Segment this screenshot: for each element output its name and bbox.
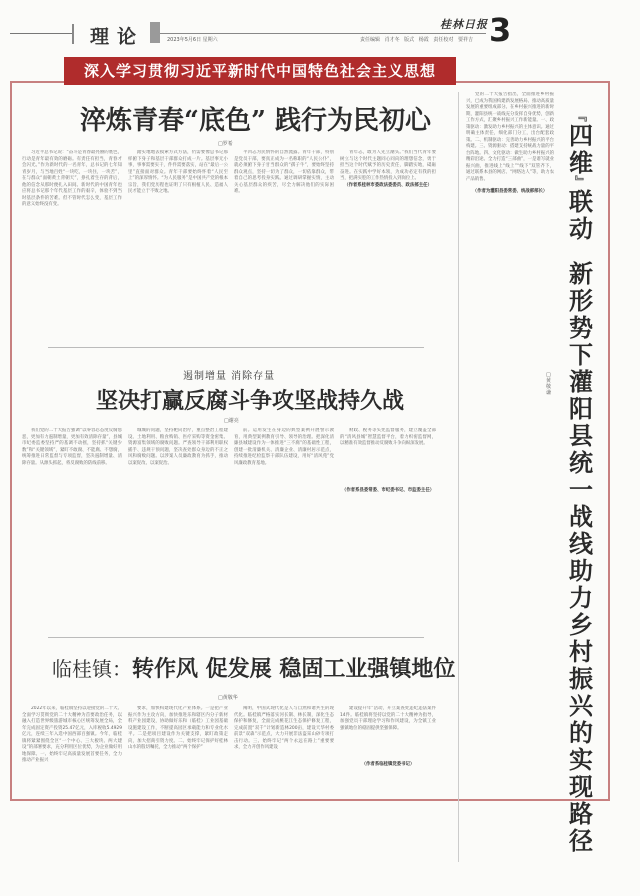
article-1-byline: □罗希 xyxy=(218,140,233,147)
article-1-title: 淬炼青春“底色” 践行为民初心 xyxy=(80,100,431,137)
article-2-column-1: 我们党的二十大报告强调“以零容忍态度反腐惩恶，更加有力遏制增量，更加有效清除存量… xyxy=(22,428,122,618)
publication-date: 2023年5月6日 星期六 xyxy=(167,36,218,43)
article-3-title: 临桂镇：转作风 促发展 稳固工业强镇地位 xyxy=(52,652,455,683)
article-2-subtitle: 遏制增量 消除存量 xyxy=(183,367,275,382)
article-4-byline: □黄敬谦 xyxy=(546,372,554,396)
article-1-column-3: 平凹志为民情怀的自然流露。青年干部，特别是党员干部，要真正成为一名称职的“人民公… xyxy=(234,150,334,335)
article-3-byline: □黄敬华 xyxy=(218,694,238,701)
article-1-column-4: 青年志，敢为人先立潮头。”我们当代青年要树立与这个时代主题同心同向的理想信念，勇… xyxy=(340,150,436,335)
masthead-gray-block xyxy=(150,22,160,43)
article-3-column-4: 建设提升年”活动，开立案查处违纪违法案件14件。临桂镇将坚持以党的二十大精神为指… xyxy=(340,706,436,866)
editor-credits: 责任编辑 肖才冬 版式 杨霞 责任校对 要祥吉 xyxy=(360,36,473,43)
article-2-title: 坚决打赢反腐斗争攻坚战持久战 xyxy=(96,384,404,415)
article-3-column-1: 2022年以来，临桂镇坚持以迎接党的二十大、全面学习贯彻党的二十大精神为首要政治… xyxy=(22,706,122,866)
article-4-body: 党的二十大报告指出，全面推进乡村振兴，已成为我国构建新发展格局、推动高质量发展的… xyxy=(466,92,554,862)
section-name: 理论 xyxy=(90,22,144,49)
page-number: 3 xyxy=(489,14,511,46)
article-2-byline: □谢亮 xyxy=(224,417,239,424)
newspaper-page: 理论 2023年5月6日 星期六 桂林日报 责任编辑 肖才冬 版式 杨霞 责任校… xyxy=(0,0,640,896)
section-banner: 深入学习贯彻习近平新时代中国特色社会主义思想 xyxy=(64,57,456,85)
article-3-column-3: 阐明，中国式现代化是人与自然和谐共生的现代化。临桂镇严格落实河长制、林长制，深化… xyxy=(234,706,334,866)
article-2-column-3: 前。运用发生在身边的典型案例开展警示教育，用典型案例教育引导、领导的治理。把深化… xyxy=(234,428,334,618)
article-divider-2 xyxy=(48,637,424,638)
paper-logo: 桂林日报 xyxy=(440,16,488,32)
article-3-column-2: 要求，加快构建现代化产业体系。一是把产业振兴作为主攻方向，加快推进乐和辖区内分子… xyxy=(128,706,228,866)
article-2-column-4: 财政、税务等头宪监督服务，建立覆盖全部的“清风县城”智慧监督平台，着力织密监督网… xyxy=(340,428,436,618)
masthead-rule-right xyxy=(160,33,486,34)
article-4-vertical-title: ﹃ 四 维 ﹄ 联 动 新 形 势 下 灌 阳 县 统 一 战 线 助 力 乡 … xyxy=(566,110,596,854)
article-divider-1 xyxy=(48,347,424,348)
masthead-rule-left xyxy=(10,33,72,34)
masthead-tick xyxy=(72,24,74,44)
article-2-column-2: 城城的问题，坚持靶向治疗，重点整治工程建设、土地利用、粮食购销、医疗采购等资金密… xyxy=(128,428,228,618)
article-1-column-1: 习近平总书记说：“奋斗是青春最亮丽的底色，行动是青年最有效的磨砺。有责任有担当，… xyxy=(22,150,122,335)
article-1-column-2: 踏实地地去摸索方式方法，仍需要像总书记那样俯下身子和基层干部群众打成一片。基层事… xyxy=(128,150,228,335)
article-3-title-main: 转作风 促发展 稳固工业强镇地位 xyxy=(132,656,455,682)
article-3-title-prefix: 临桂镇： xyxy=(52,657,132,681)
column-divider-right xyxy=(458,92,459,862)
